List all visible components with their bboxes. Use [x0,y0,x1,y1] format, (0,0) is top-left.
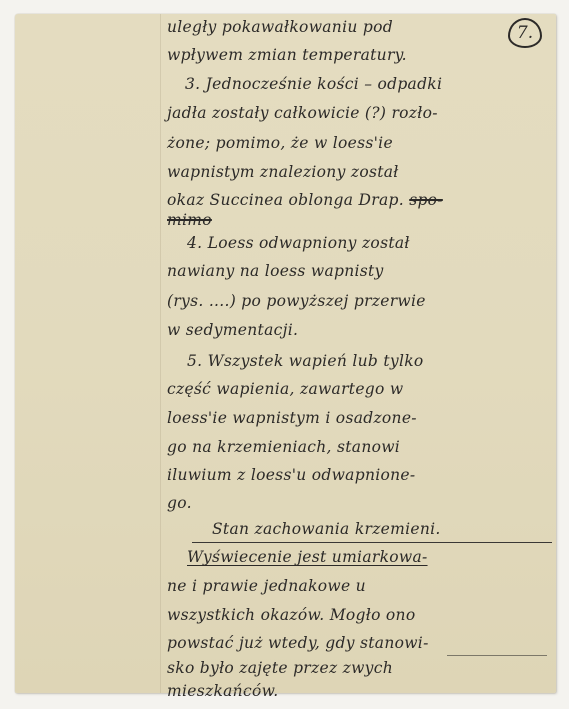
text-line: jadła zostały całkowicie (?) rozło- [167,104,438,122]
text-line: powstać już wtedy, gdy stanowi- [167,634,429,652]
text-line: loess'ie wapnistym i osadzone- [167,409,417,427]
text-line: mieszkańców. [167,682,279,700]
text-line: okaz Succinea oblonga Drap. spo- [167,191,443,209]
struck-text: spo- [409,191,443,209]
text-line: wapnistym znaleziony został [167,163,399,181]
text-line: Wyświecenie jest umiarkowa- [187,548,428,566]
manuscript-page: 7. uległy pokawałkowaniu pod wpływem zmi… [15,14,556,693]
text-line: 3. Jednocześnie kości – odpadki [185,75,442,93]
text-line: część wapienia, zawartego w [167,380,403,398]
pencil-note: ~ ~ ~ [230,686,262,697]
text-segment: okaz Succinea oblonga Drap. [167,191,404,209]
text-line: ne i prawie jednakowe u [167,577,366,595]
page-number: 7. [508,18,542,48]
text-line: żone; pomimo, że w loess'ie [167,134,393,152]
text-line: uległy pokawałkowaniu pod [167,18,393,36]
text-line: go. [167,494,192,512]
text-line: (rys. ....) po powyższej przerwie [167,292,426,310]
text-line: go na krzemieniach, stanowi [167,438,400,456]
text-segment: Wyświecenie jest umiarkowa- [187,548,428,566]
text-line: wpływem zmian temperatury. [167,46,407,64]
text-line: sko było zajęte przez zwych [167,659,393,677]
text-line: iluwium z loess'u odwapnione- [167,466,415,484]
heading-underline [192,542,552,543]
paper-fold-line [160,14,161,693]
text-line: nawiany na loess wapnisty [167,262,384,280]
text-line: 4. Loess odwapniony został [187,234,410,252]
struck-text: mimo [167,211,212,229]
pencil-underline [447,655,547,656]
text-line: 5. Wszystek wapień lub tylko [187,352,424,370]
text-line: wszystkich okazów. Mogło ono [167,606,415,624]
text-line: w sedymentacji. [167,321,298,339]
section-heading: Stan zachowania krzemieni. [212,520,441,538]
